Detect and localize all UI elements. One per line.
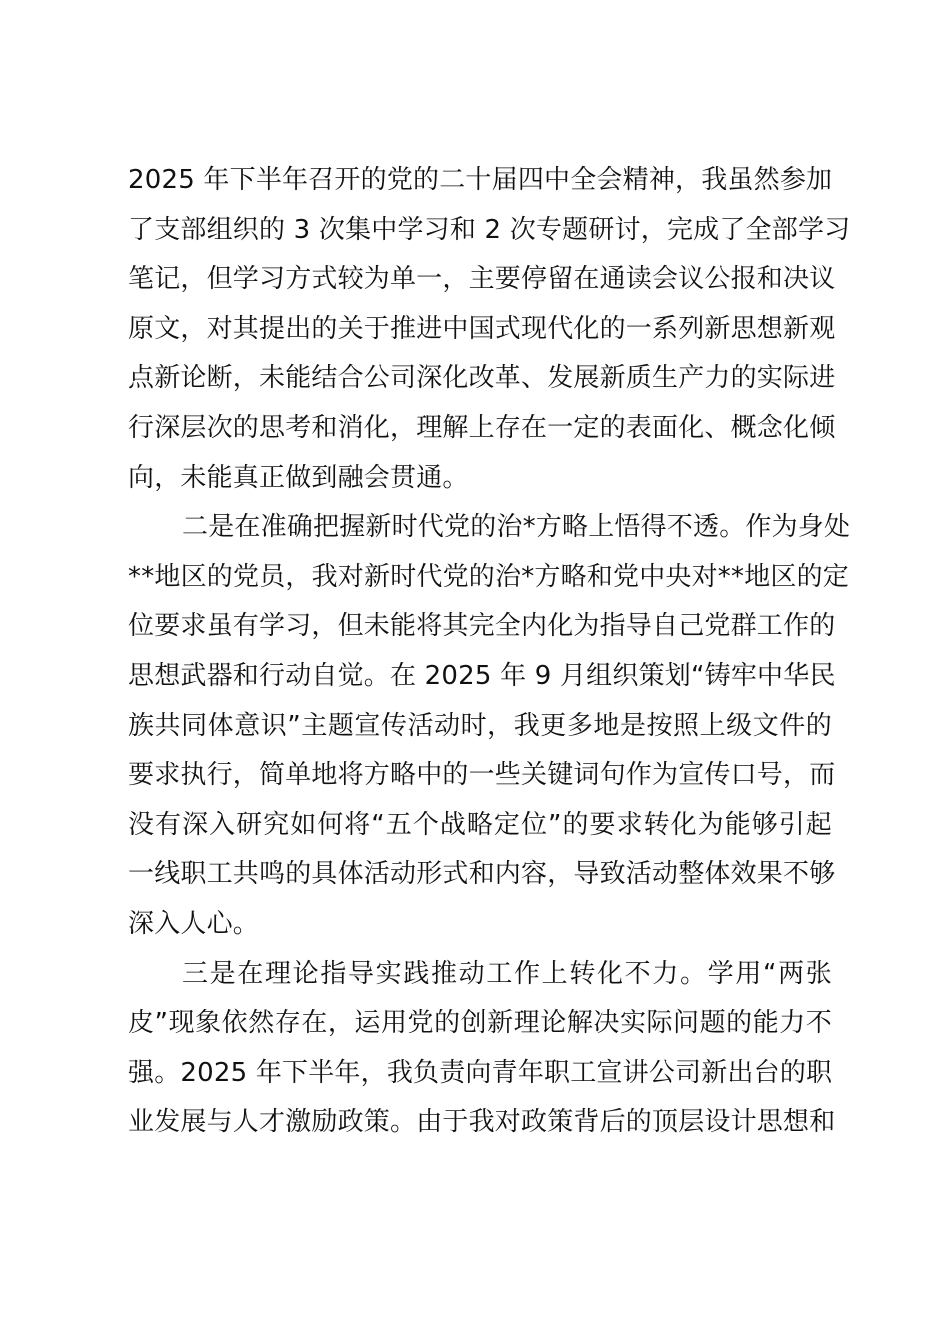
text-line: 族共同体意识”主题宣传活动时，我更多地是按照上级文件的 <box>128 702 832 752</box>
text-line: 2025 年下半年召开的党的二十届四中全会精神，我虽然参加 <box>128 156 832 206</box>
text-line: 位要求虽有学习，但未能将其完全内化为指导自己党群工作的 <box>128 602 832 652</box>
text-line: 原文，对其提出的关于推进中国式现代化的一系列新思想新观 <box>128 305 832 355</box>
text-line: 点新论断，未能结合公司深化改革、发展新质生产力的实际进 <box>128 354 832 404</box>
document-body: 2025 年下半年召开的党的二十届四中全会精神，我虽然参加 了支部组织的 3 次… <box>128 156 832 1148</box>
text-line: 行深层次的思考和消化，理解上存在一定的表面化、概念化倾 <box>128 404 832 454</box>
text-line: **地区的党员，我对新时代党的治*方略和党中央对**地区的定 <box>128 553 832 603</box>
text-line: 业发展与人才激励政策。由于我对政策背后的顶层设计思想和 <box>128 1098 832 1148</box>
paragraph-point-three: 三是在理论指导实践推动工作上转化不力。学用“两张 皮”现象依然存在，运用党的创新… <box>128 950 832 1148</box>
paragraph-heading-line: 二是在准确把握新时代党的治*方略上悟得不透。作为身处 <box>128 503 832 553</box>
text-line: 没有深入研究如何将“五个战略定位”的要求转化为能够引起 <box>128 801 832 851</box>
text-line: 笔记，但学习方式较为单一，主要停留在通读会议公报和决议 <box>128 255 832 305</box>
paragraph-point-two: 二是在准确把握新时代党的治*方略上悟得不透。作为身处 **地区的党员，我对新时代… <box>128 503 832 949</box>
text-line: 皮”现象依然存在，运用党的创新理论解决实际问题的能力不 <box>128 999 832 1049</box>
text-line: 深入人心。 <box>128 900 832 950</box>
text-line: 强。2025 年下半年，我负责向青年职工宣讲公司新出台的职 <box>128 1049 832 1099</box>
text-line: 思想武器和行动自觉。在 2025 年 9 月组织策划“铸牢中华民 <box>128 652 832 702</box>
text-line: 向，未能真正做到融会贯通。 <box>128 454 832 504</box>
text-line: 要求执行，简单地将方略中的一些关键词句作为宣传口号，而 <box>128 751 832 801</box>
paragraph-continuation: 2025 年下半年召开的党的二十届四中全会精神，我虽然参加 了支部组织的 3 次… <box>128 156 832 503</box>
text-line: 了支部组织的 3 次集中学习和 2 次专题研讨，完成了全部学习 <box>128 206 832 256</box>
text-line: 一线职工共鸣的具体活动形式和内容，导致活动整体效果不够 <box>128 850 832 900</box>
paragraph-heading-line: 三是在理论指导实践推动工作上转化不力。学用“两张 <box>128 950 832 1000</box>
document-page: 2025 年下半年召开的党的二十届四中全会精神，我虽然参加 了支部组织的 3 次… <box>0 0 950 1344</box>
